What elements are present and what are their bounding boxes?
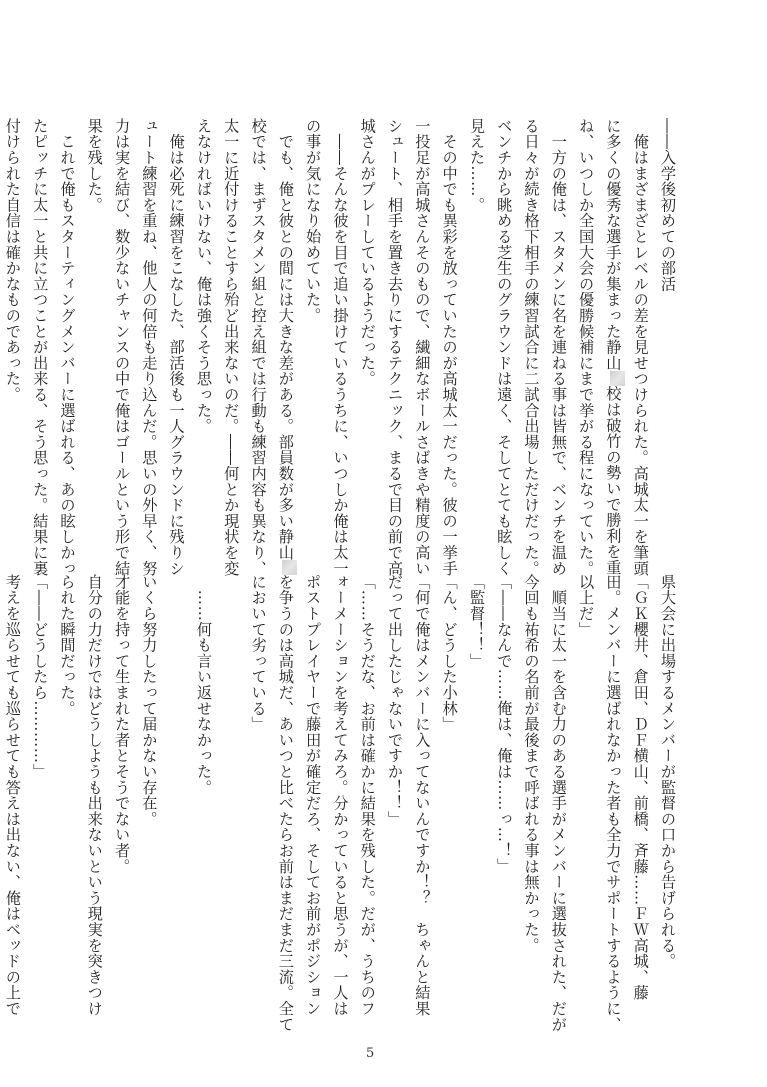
text-line: 自分の力だけではどうしようも出来ないという現実を突きつけ — [80, 574, 107, 1014]
text-line: 「何で俺はメンバーに入ってないんですか！？ ちゃんと結果 — [408, 574, 435, 1014]
text-line — [217, 574, 244, 1014]
text-line: 俺はまざまざとレベルの差を見せつけられた。高城太一を筆頭 — [626, 118, 653, 558]
text-block-top: ――入学後初めての部活 俺はまざまざとレベルの差を見せつけられた。高城太一を筆頭… — [0, 118, 681, 558]
text-line: 果を残した。 — [80, 118, 107, 558]
text-line: 県大会に出場するメンバーが監督の口から告げられる。 — [654, 574, 681, 1014]
text-line: えなければいけない、俺は強くそう思った。 — [190, 118, 217, 558]
text-line: を争うのは高城だ、あいつと比べたらお前はまだまだ三流。全て — [272, 574, 299, 1014]
text-line: でも、俺と彼との間には大きな差がある。部員数が多い静山 — [272, 118, 299, 558]
text-block-bottom: 県大会に出場するメンバーが監督の口から告げられる。「ＧＫ櫻井、倉田、ＤＦ横山、前… — [0, 574, 681, 1014]
text-line: 太一に近付けることすら殆ど出来ないのだ。――何とか現状を変 — [217, 118, 244, 558]
text-line: られた瞬間だった。 — [53, 574, 80, 1014]
text-line: これで俺もスターティングメンバーに選ばれる、あの眩しかっ — [53, 118, 80, 558]
text-line: ォーメーションを考えてみろ。分かっていると思うが、一人は — [326, 574, 353, 1014]
page-number: 5 — [366, 1046, 374, 1061]
text-line: の事が気になり始めていた。 — [299, 118, 326, 558]
text-line: ――入学後初めての部活 — [654, 118, 681, 558]
text-line: 見えた……。 — [463, 118, 490, 558]
text-line: 付けられた自信は確かなものであった。 — [0, 118, 26, 558]
text-line: 一方の俺は、スタメンに名を連ねる事は皆無で、ベンチを温め — [545, 118, 572, 558]
text-line: 俺は必死に練習をこなした、部活後も一人グラウンドに残りシ — [162, 118, 189, 558]
text-line: ね、いつしか全国大会の優勝候補にまで挙がる程になっていた。 — [572, 118, 599, 558]
text-line: ……何も言い返せなかった。 — [190, 574, 217, 1014]
text-line: シュート、相手を置き去りにするテクニック、まるで目の前で高 — [381, 118, 408, 558]
redacted-character — [610, 371, 625, 386]
text-line: ――そんな彼を目で追い掛けているうちに、いつしか俺は太一 — [326, 118, 353, 558]
text-line: る日々が続き格下相手の練習試合に二試合出場しただけだった。 — [517, 118, 544, 558]
text-line: ベンチから眺める芝生のグラウンドは遠く、そしてとても眩しく — [490, 118, 517, 558]
text-line: 一投足が高城さんそのもので、繊細なボールさばきや精度の高い — [408, 118, 435, 558]
text-line: 校では、まずスタメン組と控え組では行動も練習内容も異なり、 — [244, 118, 271, 558]
manuscript-page: ――入学後初めての部活 俺はまざまざとレベルの差を見せつけられた。高城太一を筆頭… — [0, 0, 767, 1087]
text-line: いくら努力したって届かない存在。 — [135, 574, 162, 1014]
text-line: 「――なんで……俺は、俺は……っ…！」 — [490, 574, 517, 1014]
text-line: 考えを巡らせても巡らせても答えは出ない、俺はベッドの上で — [0, 574, 26, 1014]
text-line: 「ん、どうした小林」 — [435, 574, 462, 1014]
text-line: その中でも異彩を放っていたのが高城太一だった。彼の一挙手 — [435, 118, 462, 558]
text-line: ポストプレイヤーで藤田が確定だろ、そしてお前がポジション — [299, 574, 326, 1014]
text-line: 「監督！！」 — [463, 574, 490, 1014]
text-line: 「ＧＫ櫻井、倉田、ＤＦ横山、前橋、斉藤……ＦＷ高城、藤 — [626, 574, 653, 1014]
text-line: 力は実を結び、数少ないチャンスの中で俺はゴールという形で結 — [108, 118, 135, 558]
text-line: において劣っている」 — [244, 574, 271, 1014]
text-line: 「――どうしたら…………」 — [26, 574, 53, 1014]
text-line: 以上だ」 — [572, 574, 599, 1014]
text-line: 順当に太一を含む力のある選手がメンバーに選抜された、だが — [545, 574, 572, 1014]
text-line: 田。メンバーに選ばれなかった者も全力でサポートするように、 — [599, 574, 626, 1014]
text-line: 「……そうだな、お前は確かに結果を残した。だが、うちのフ — [353, 574, 380, 1014]
text-line: ュート練習を重ね、他人の何倍も走り込んだ。思いの外早く、努 — [135, 118, 162, 558]
text-line: たピッチに太一と共に立つことが出来る、そう思った。結果に裏 — [26, 118, 53, 558]
text-line: に多くの優秀な選手が集まった静山校は破竹の勢いで勝利を重 — [599, 118, 626, 558]
text-line — [162, 574, 189, 1014]
text-line: だって出したじゃないですか！！」 — [381, 574, 408, 1014]
text-line: 才能を持って生まれた者とそうでない者。 — [108, 574, 135, 1014]
text-line: 今回も祐希の名前が最後まで呼ばれる事は無かった。 — [517, 574, 544, 1014]
text-line: 城さんがプレーしているようだった。 — [353, 118, 380, 558]
